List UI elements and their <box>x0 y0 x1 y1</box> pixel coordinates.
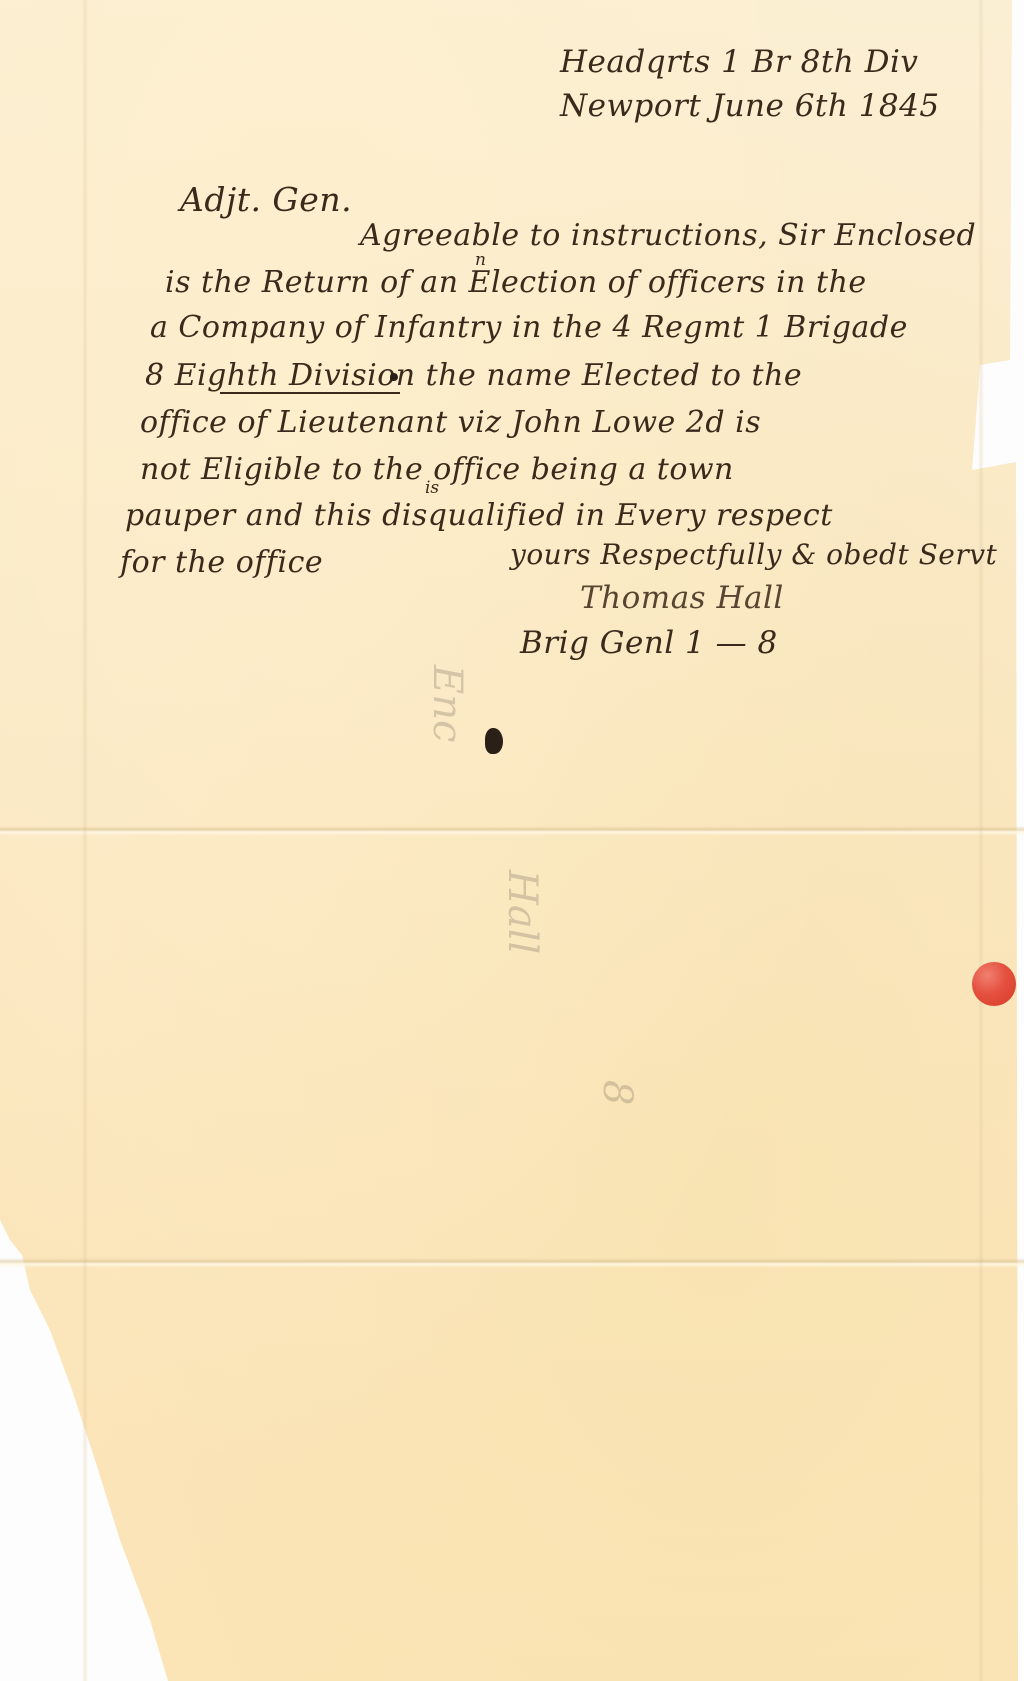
signature-title: Brig Genl 1 — 8 <box>520 625 778 661</box>
bleed-through-text: 8 <box>594 1080 640 1105</box>
lower-fold-line <box>0 1258 1024 1268</box>
letter-heading-date: Newport June 6th 1845 <box>560 88 940 124</box>
body-line-3: a Company of Infantry in the 4 Regmt 1 B… <box>150 310 908 345</box>
bleed-through-text: Enc <box>424 665 470 742</box>
bleed-through-text: Hall <box>499 870 545 954</box>
body-line-7: pauper and this disqualified in Every re… <box>125 498 833 533</box>
wax-seal <box>972 962 1016 1006</box>
body-line-5: office of Lieutenant viz John Lowe 2d is <box>140 405 761 440</box>
letter-salutation: Adjt. Gen. <box>180 180 352 219</box>
ink-blot-small <box>390 373 398 381</box>
ink-blot <box>485 728 503 754</box>
vertical-fold-line-right <box>978 0 984 1681</box>
signature-name: Thomas Hall <box>580 580 784 616</box>
body-line-4: 8 Eighth Division the name Elected to th… <box>145 358 802 393</box>
interlinear-insert-is: is <box>425 478 439 498</box>
body-line-2: is the Return of an Election of officers… <box>165 265 867 300</box>
underline-mark <box>220 392 400 394</box>
body-line-1: Agreeable to instructions, Sir Enclosed <box>360 218 976 253</box>
letter-closing: yours Respectfully & obedt Servt <box>510 538 997 571</box>
horizontal-fold-line <box>0 826 1024 836</box>
letter-heading-location: Headqrts 1 Br 8th Div <box>560 44 918 80</box>
body-line-8: for the office <box>120 545 323 580</box>
vertical-fold-line <box>82 0 88 1681</box>
